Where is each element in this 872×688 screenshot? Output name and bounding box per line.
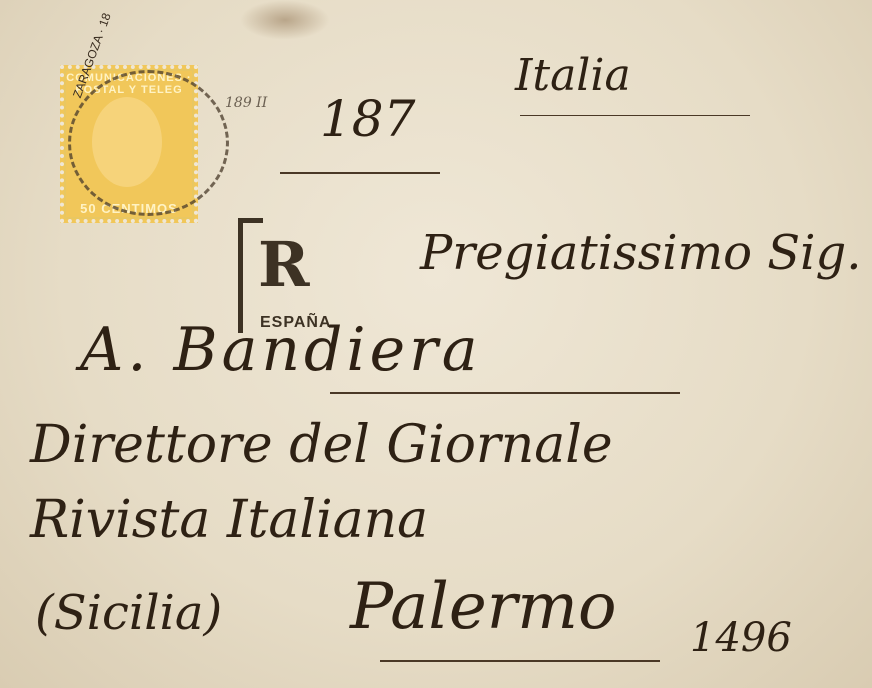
reference-note: 189 II [225, 95, 267, 111]
underline [330, 392, 680, 394]
underline [280, 172, 440, 174]
handwritten-name: A. Bandiera [80, 315, 482, 385]
handwritten-city: Palermo [350, 570, 617, 644]
underline [380, 660, 660, 662]
envelope: COMUNICACIONES · POSTAL Y TELEG 50 CENTI… [0, 0, 872, 688]
handwritten-line3: (Sicilia) [35, 585, 222, 641]
ink-stain [240, 0, 330, 40]
handwritten-line1: Direttore del Giornale [30, 415, 613, 475]
postmark-circle [68, 70, 229, 216]
handwritten-country: Italia [515, 50, 631, 101]
underline [520, 115, 750, 116]
handwritten-number: 187 [320, 90, 415, 148]
handwritten-line2: Rivista Italiana [30, 490, 428, 550]
registration-letter: R [258, 228, 310, 301]
handwritten-code: 1496 [690, 615, 792, 661]
handwritten-salutation: Pregiatissimo Sig. [420, 225, 862, 281]
